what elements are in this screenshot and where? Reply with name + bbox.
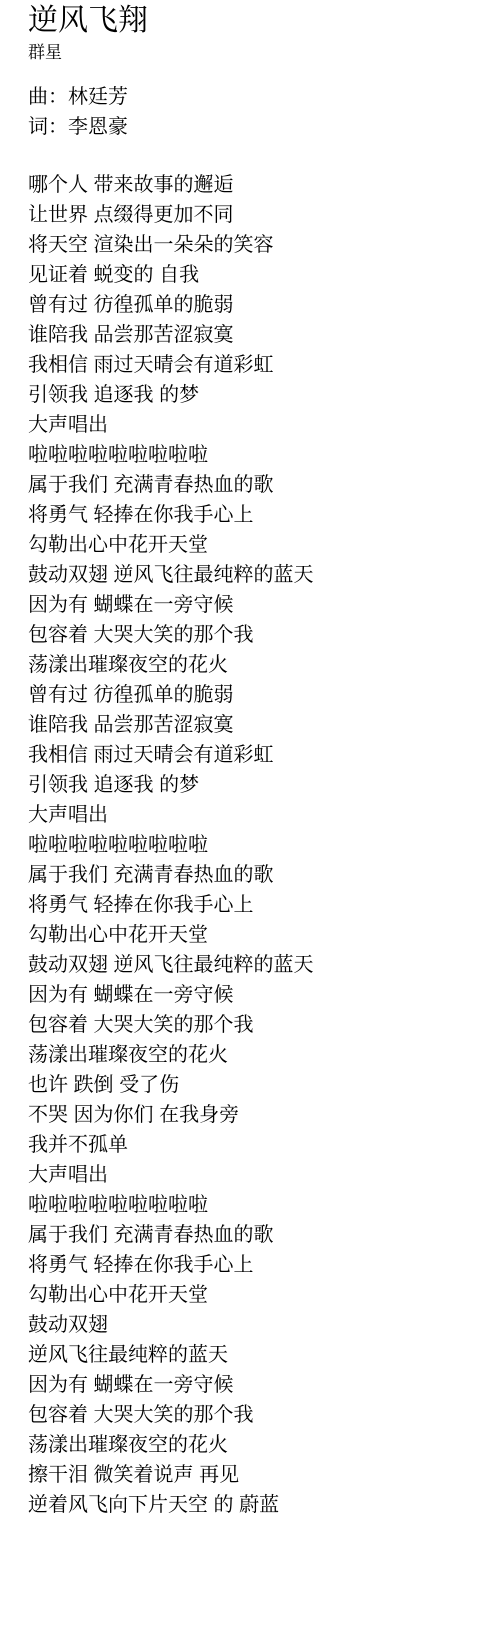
lyric-line: 让世界 点缀得更加不同 (28, 200, 490, 230)
lyric-line: 勾勒出心中花开天堂 (28, 1280, 490, 1310)
lyric-line: 啦啦啦啦啦啦啦啦啦 (28, 1190, 490, 1220)
lyric-line: 大声唱出 (28, 410, 490, 440)
lyric-line: 包容着 大哭大笑的那个我 (28, 1400, 490, 1430)
lyric-line: 谁陪我 品尝那苦涩寂寞 (28, 710, 490, 740)
lyric-line: 荡漾出璀璨夜空的花火 (28, 1430, 490, 1460)
lyric-line: 鼓动双翅 (28, 1310, 490, 1340)
lyric-line: 曾有过 彷徨孤单的脆弱 (28, 290, 490, 320)
lyric-line: 引领我 追逐我 的梦 (28, 770, 490, 800)
lyric-line: 勾勒出心中花开天堂 (28, 920, 490, 950)
lyric-line: 鼓动双翅 逆风飞往最纯粹的蓝天 (28, 950, 490, 980)
lyric-line: 荡漾出璀璨夜空的花火 (28, 650, 490, 680)
lyric-line: 因为有 蝴蝶在一旁守候 (28, 1370, 490, 1400)
lyric-line: 我相信 雨过天晴会有道彩虹 (28, 740, 490, 770)
lyric-line: 啦啦啦啦啦啦啦啦啦 (28, 440, 490, 470)
lyric-line: 属于我们 充满青春热血的歌 (28, 470, 490, 500)
lyric-line: 曾有过 彷徨孤单的脆弱 (28, 680, 490, 710)
lyric-line: 逆着风飞向下片天空 的 蔚蓝 (28, 1490, 490, 1520)
lyric-line: 包容着 大哭大笑的那个我 (28, 620, 490, 650)
composer-credit: 曲：林廷芳 (28, 82, 490, 112)
lyric-line: 将勇气 轻捧在你我手心上 (28, 1250, 490, 1280)
lyric-line: 将勇气 轻捧在你我手心上 (28, 890, 490, 920)
song-title: 逆风飞翔 (28, 4, 490, 38)
lyric-line: 大声唱出 (28, 800, 490, 830)
lyric-line: 啦啦啦啦啦啦啦啦啦 (28, 830, 490, 860)
lyric-line: 属于我们 充满青春热血的歌 (28, 860, 490, 890)
lyric-line: 也许 跌倒 受了伤 (28, 1070, 490, 1100)
credits: 曲：林廷芳 词：李恩豪 (28, 82, 490, 142)
lyric-line: 鼓动双翅 逆风飞往最纯粹的蓝天 (28, 560, 490, 590)
lyric-line: 荡漾出璀璨夜空的花火 (28, 1040, 490, 1070)
lyric-line: 逆风飞往最纯粹的蓝天 (28, 1340, 490, 1370)
lyric-line: 将勇气 轻捧在你我手心上 (28, 500, 490, 530)
artist-name: 群星 (28, 42, 490, 64)
lyric-line: 谁陪我 品尝那苦涩寂寞 (28, 320, 490, 350)
lyrics-body: 哪个人 带来故事的邂逅让世界 点缀得更加不同将天空 渲染出一朵朵的笑容见证着 蜕… (28, 170, 490, 1520)
lyric-line: 将天空 渲染出一朵朵的笑容 (28, 230, 490, 260)
lyric-line: 包容着 大哭大笑的那个我 (28, 1010, 490, 1040)
lyric-line: 我并不孤单 (28, 1130, 490, 1160)
lyric-line: 哪个人 带来故事的邂逅 (28, 170, 490, 200)
lyricist-credit: 词：李恩豪 (28, 112, 490, 142)
lyric-line: 大声唱出 (28, 1160, 490, 1190)
lyric-line: 因为有 蝴蝶在一旁守候 (28, 980, 490, 1010)
lyric-line: 属于我们 充满青春热血的歌 (28, 1220, 490, 1250)
lyric-line: 擦干泪 微笑着说声 再见 (28, 1460, 490, 1490)
lyric-line: 我相信 雨过天晴会有道彩虹 (28, 350, 490, 380)
lyric-line: 因为有 蝴蝶在一旁守候 (28, 590, 490, 620)
lyric-line: 见证着 蜕变的 自我 (28, 260, 490, 290)
lyric-line: 引领我 追逐我 的梦 (28, 380, 490, 410)
lyrics-page: 逆风飞翔 群星 曲：林廷芳 词：李恩豪 哪个人 带来故事的邂逅让世界 点缀得更加… (0, 0, 500, 1630)
lyric-line: 不哭 因为你们 在我身旁 (28, 1100, 490, 1130)
lyric-line: 勾勒出心中花开天堂 (28, 530, 490, 560)
